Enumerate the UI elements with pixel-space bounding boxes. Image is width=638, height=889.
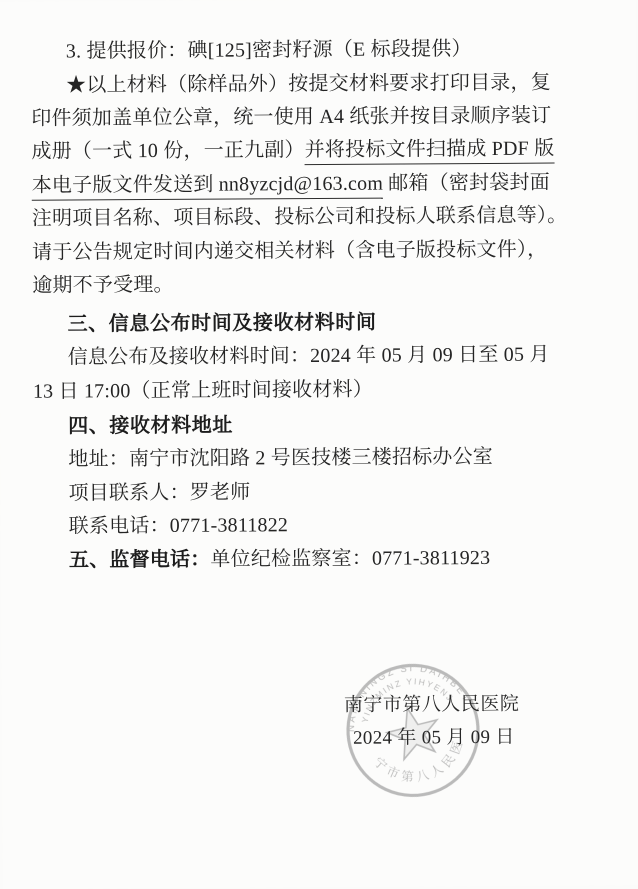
- line-address: 地址：南宁市沈阳路 2 号医技楼三楼招标办公室: [33, 444, 638, 473]
- heading-section-4: 四、接收材料地址: [33, 411, 638, 440]
- line-deadline-note: 请于公告规定时间内递交相关材料（含电子版投标文件），: [32, 237, 607, 266]
- line-publish-time-1: 信息公布及接收材料时间：2024 年 05 月 09 日至 05 月: [33, 342, 638, 371]
- line-contact-phone: 联系电话：0771-3811822: [34, 511, 638, 540]
- line-supervision-phone: 五、监督电话：单位纪检监察室：0771-3811923: [34, 545, 638, 574]
- signature-organization: 南宁市第八人民医院: [344, 689, 520, 717]
- line-email-normal: 邮箱（密封袋封面: [383, 172, 550, 195]
- line-envelope-note: 注明项目名称、项目标段、投标公司和投标人联系信息等）。: [32, 203, 607, 232]
- line-publish-time-2: 13 日 17:00（正常上班时间接收材料）: [33, 376, 608, 405]
- line-star-note-3-normal: 成册（一式 10 份，一正九副）: [31, 139, 304, 163]
- line-email: 本电子版文件发送到 nn8yzcjd@163.com 邮箱（密封袋封面: [32, 170, 607, 199]
- heading-section-3: 三、信息公布时间及接收材料时间: [32, 309, 638, 338]
- line-star-note-2: 印件须加盖单位公章，统一使用 A4 纸张并按目录顺序装订: [31, 103, 606, 132]
- line-overdue-note: 逾期不予受理。: [32, 270, 607, 299]
- line-contact-person: 项目联系人：罗老师: [33, 478, 638, 507]
- line-star-note-1: ★以上材料（除样品外）按提交材料要求打印目录，复: [31, 70, 638, 99]
- heading-section-5-inline: 五、监督电话：: [69, 549, 211, 572]
- line-star-note-3-underlined: 并将投标文件扫描成 PDF 版: [305, 138, 555, 165]
- email-underlined-text: 本电子版文件发送到 nn8yzcjd@163.com: [32, 173, 384, 201]
- signature-date: 2024 年 05 月 09 日: [353, 722, 515, 750]
- document-page: 3. 提供报价：碘[125]密封籽源（E 标段提供） ★以上材料（除样品外）按提…: [0, 0, 638, 887]
- line-star-note-3: 成册（一式 10 份，一正九副）并将投标文件扫描成 PDF 版: [31, 136, 606, 165]
- line-supervision-phone-value: 单位纪检监察室：0771-3811923: [210, 547, 490, 571]
- line-offer-price: 3. 提供报价：碘[125]密封籽源（E 标段提供）: [31, 36, 638, 65]
